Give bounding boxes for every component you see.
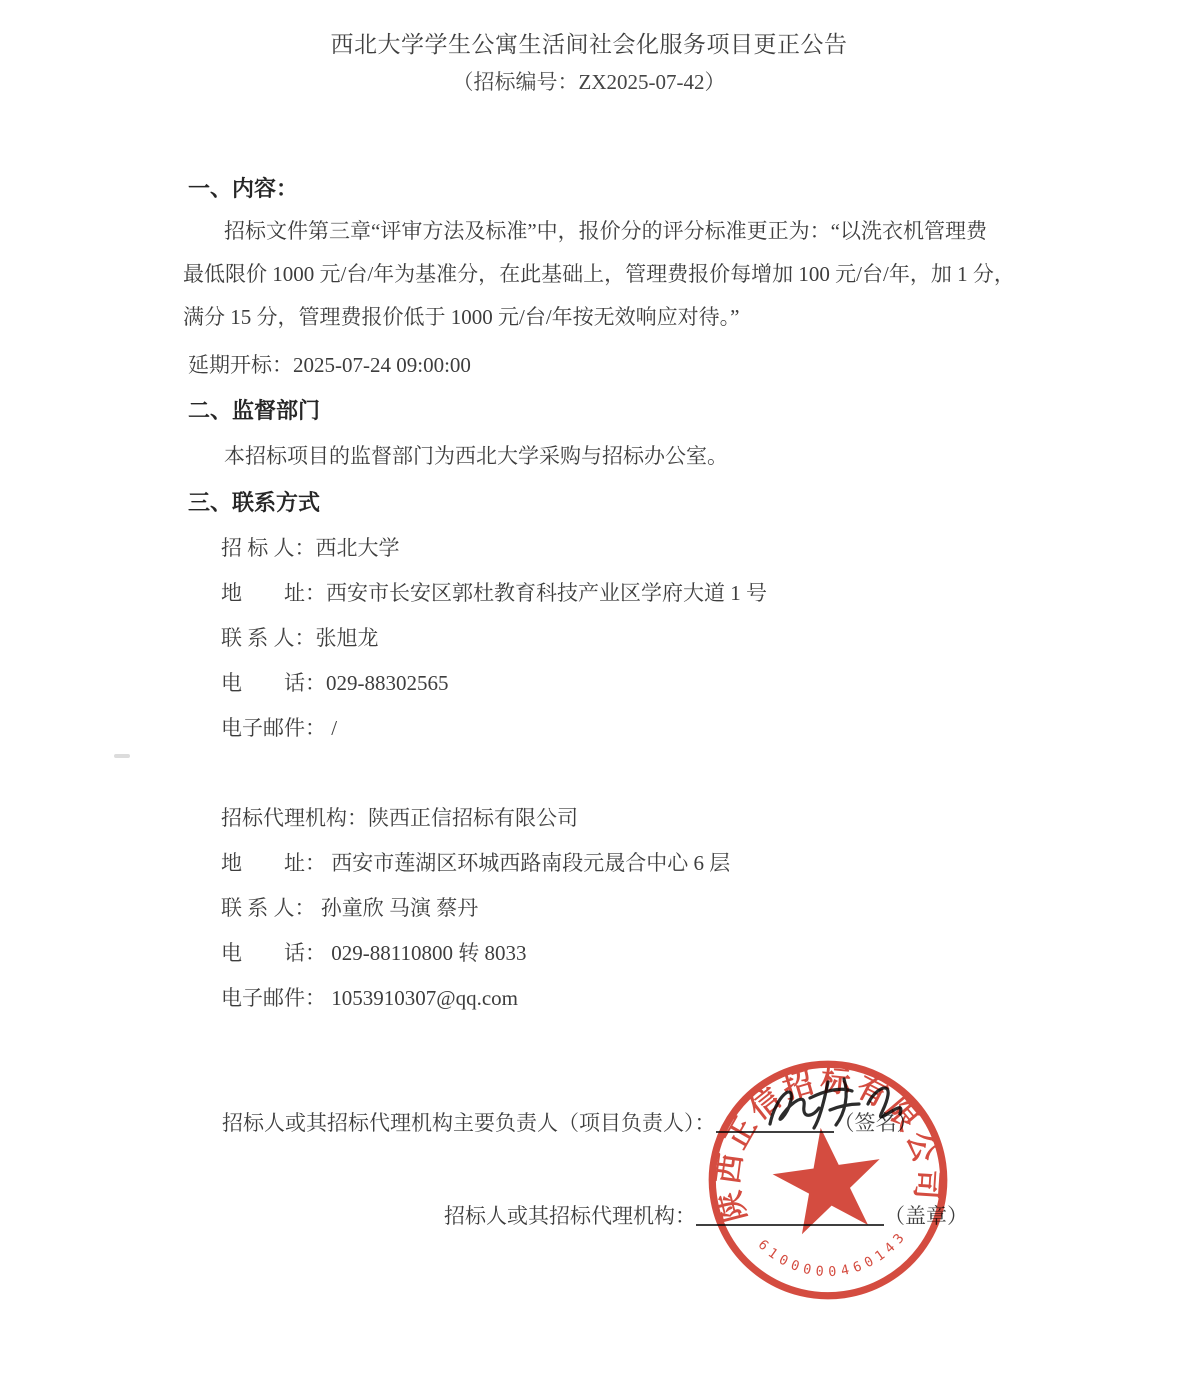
section-heading-supervision: 二、监督部门 bbox=[188, 394, 320, 425]
contact-value: 029-88302565 bbox=[326, 671, 449, 695]
signature-line1-label: 招标人或其招标代理机构主要负责人（项目负责人）： bbox=[222, 1111, 716, 1135]
handwritten-signature bbox=[756, 1068, 926, 1148]
contact-value: 西安市莲湖区环城西路南段元晟合中心 6 层 bbox=[326, 851, 730, 875]
contact-label: 电 话： bbox=[221, 671, 326, 695]
section-heading-contact: 三、联系方式 bbox=[188, 486, 320, 517]
contact-value: 西安市长安区郭杜教育科技产业区学府大道 1 号 bbox=[326, 581, 767, 605]
paragraph-line: 满分 15 分，管理费报价低于 1000 元/台/年按无效响应对待。” bbox=[183, 302, 740, 332]
postponed-opening-line: 延期开标：2025-07-24 09:00:00 bbox=[188, 350, 471, 380]
section-heading-content: 一、内容： bbox=[188, 172, 298, 203]
contact-line-agency-address: 地 址： 西安市莲湖区环城西路南段元晟合中心 6 层 bbox=[221, 848, 730, 878]
contact-label: 招标代理机构： bbox=[221, 806, 368, 830]
contact-value: 1053910307@qq.com bbox=[326, 986, 518, 1010]
contact-value: / bbox=[326, 716, 337, 740]
contact-line-agency-name: 招标代理机构：陕西正信招标有限公司 bbox=[221, 803, 578, 833]
contact-label: 电 话： bbox=[221, 941, 326, 965]
contact-line-bidder-phone: 电 话：029-88302565 bbox=[221, 668, 449, 698]
contact-label: 地 址： bbox=[221, 581, 326, 605]
contact-line-bidder-person: 联 系 人：张旭龙 bbox=[221, 623, 379, 653]
contact-line-agency-person: 联 系 人： 孙童欣 马演 蔡丹 bbox=[221, 893, 478, 923]
paragraph-line: 最低限价 1000 元/台/年为基准分，在此基础上，管理费报价每增加 100 元… bbox=[183, 259, 1015, 289]
contact-value: 029-88110800 转 8033 bbox=[326, 941, 526, 965]
contact-value: 张旭龙 bbox=[316, 626, 379, 650]
contact-label: 联 系 人： bbox=[221, 626, 316, 650]
contact-label: 招 标 人： bbox=[221, 536, 316, 560]
contact-line-bidder-name: 招 标 人：西北大学 bbox=[221, 533, 400, 563]
contact-label: 地 址： bbox=[221, 851, 326, 875]
contact-line-bidder-email: 电子邮件： / bbox=[221, 713, 337, 743]
contact-line-agency-email: 电子邮件： 1053910307@qq.com bbox=[221, 983, 518, 1013]
contact-line-bidder-address: 地 址：西安市长安区郭杜教育科技产业区学府大道 1 号 bbox=[221, 578, 767, 608]
tender-number: （招标编号：ZX2025-07-42） bbox=[0, 66, 1178, 96]
supervision-body: 本招标项目的监督部门为西北大学采购与招标办公室。 bbox=[224, 441, 728, 471]
document-page: 西北大学学生公寓生活间社会化服务项目更正公告 （招标编号：ZX2025-07-4… bbox=[0, 0, 1178, 1377]
contact-label: 电子邮件： bbox=[221, 986, 326, 1010]
contact-value: 西北大学 bbox=[316, 536, 400, 560]
document-title: 西北大学学生公寓生活间社会化服务项目更正公告 bbox=[0, 26, 1178, 59]
contact-value: 陕西正信招标有限公司 bbox=[368, 806, 578, 830]
signature-line2-label: 招标人或其招标代理机构： bbox=[444, 1204, 696, 1228]
contact-value: 孙童欣 马演 蔡丹 bbox=[316, 896, 479, 920]
contact-line-agency-phone: 电 话： 029-88110800 转 8033 bbox=[221, 938, 526, 968]
scan-artifact bbox=[114, 754, 130, 758]
paragraph-line: 招标文件第三章“评审方法及标准”中，报价分的评分标准更正为：“以洗衣机管理费 bbox=[224, 216, 987, 246]
contact-label: 联 系 人： bbox=[221, 896, 316, 920]
contact-label: 电子邮件： bbox=[221, 716, 326, 740]
